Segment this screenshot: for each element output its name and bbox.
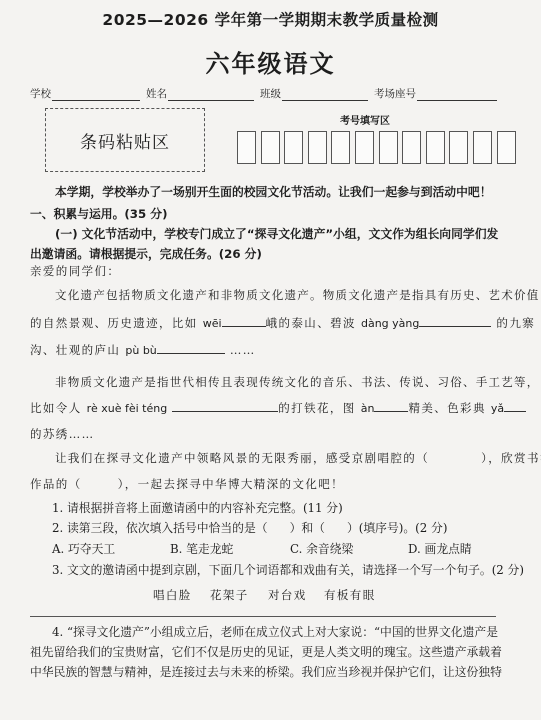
exam-title: 2025—2026 学年第一学期期末教学质量检测: [0, 8, 541, 30]
text: 峨的泰山、碧波: [266, 316, 356, 330]
exam-number-box[interactable]: [284, 131, 303, 164]
text: ）和（: [290, 521, 325, 535]
barcode-label: 条码粘贴区: [80, 128, 170, 153]
text: 让我们在探寻文化遗产中领略风景的无限秀丽，感受京剧唱腔的（: [55, 451, 429, 465]
option-d: D. 画龙点睛: [408, 540, 472, 557]
part-1-instruction-line2: 出邀请函。请根据提示，完成任务。(26 分): [30, 245, 262, 262]
school-label: 学校: [30, 86, 51, 101]
exam-number-box[interactable]: [308, 131, 327, 164]
letter-para1-line1: 文化遗产包括物质文化遗产和非物质文化遗产。物质文化遗产是指具有历史、艺术价值: [55, 287, 540, 303]
word-2: 花架子: [210, 587, 268, 603]
option-b: B. 笔走龙蛇: [170, 540, 290, 557]
student-info-row: 学校 姓名 班级 考场座号: [30, 86, 502, 101]
letter-para1-line2: 的自然景观、历史遗迹，比如 wēi峨的泰山、碧波 dàng yàng 的九寨: [30, 314, 535, 331]
text: ……: [230, 343, 256, 357]
exam-number-box[interactable]: [497, 131, 516, 164]
question-2-options: A. 巧夺天工 B. 笔走龙蛇 C. 余音绕梁 D. 画龙点睛: [52, 540, 502, 557]
blank-ya[interactable]: [504, 399, 526, 412]
exam-number-box[interactable]: [379, 131, 398, 164]
seat-field[interactable]: [417, 89, 497, 101]
pinyin-an: àn: [361, 402, 375, 415]
letter-para3-line2: 作品的（），一起去探寻中华博大精深的文化吧！: [30, 476, 344, 492]
class-label: 班级: [260, 86, 281, 101]
blank-rexuefeiteng[interactable]: [172, 399, 278, 412]
question-4-line3: 中华民族的智慧与精神，是连接过去与未来的桥梁。我们应当珍视并保护它们，让这份独特: [30, 663, 502, 680]
letter-para2-line3: 的苏绣……: [30, 426, 95, 442]
exam-number-box[interactable]: [331, 131, 350, 164]
text: 的自然景观、历史遗迹，比如: [30, 316, 198, 330]
letter-para3-line1: 让我们在探寻文化遗产中领略风景的无限秀丽，感受京剧唱腔的（），欣赏书法: [55, 450, 541, 466]
blank-wei[interactable]: [222, 314, 266, 327]
exam-number-box[interactable]: [473, 131, 492, 164]
pinyin-wei: wēi: [203, 317, 222, 330]
text: 作品的（: [30, 477, 82, 491]
name-field[interactable]: [168, 89, 254, 101]
question-3-answer-line[interactable]: [30, 616, 496, 617]
word-1: 唱白脸: [153, 587, 210, 603]
pinyin-pubu: pù bù: [125, 344, 156, 357]
question-2: 2. 读第三段，依次填入括号中恰当的是（）和（）(填序号)。(2 分): [52, 519, 447, 536]
text: 比如令人: [30, 401, 82, 415]
pinyin-ya: yǎ: [491, 402, 504, 415]
question-4-line2: 祖先留给我们的宝贵财富，它们不仅是历史的见证，更是人类文明的瑰宝。这些遗产承载着: [30, 643, 502, 660]
word-4: 有板有眼: [324, 587, 376, 603]
exam-number-box[interactable]: [402, 131, 421, 164]
letter-para2-line1: 非物质文化遗产是指世代相传且表现传统文化的音乐、书法、传说、习俗、手工艺等，: [55, 374, 540, 390]
exam-number-box[interactable]: [261, 131, 280, 164]
exam-number-box[interactable]: [426, 131, 445, 164]
barcode-area: 条码粘贴区: [45, 108, 205, 172]
option-a: A. 巧夺天工: [52, 540, 170, 557]
part-1-instruction-line1: (一) 文化节活动中，学校专门成立了“探寻文化遗产”小组，文文作为组长向同学们发: [55, 225, 498, 242]
letter-para1-line3: 沟、壮观的庐山 pù bù ……: [30, 341, 256, 358]
text: ），欣赏书法: [481, 451, 541, 465]
text: 精美、色彩典: [408, 401, 485, 415]
blank-pubu[interactable]: [157, 341, 225, 354]
exam-number-box[interactable]: [237, 131, 256, 164]
pinyin-dangyang: dàng yàng: [361, 317, 419, 330]
class-field[interactable]: [282, 89, 368, 101]
exam-number-label: 考号填写区: [225, 112, 505, 127]
name-label: 姓名: [146, 86, 167, 101]
text: 2. 读第三段，依次填入括号中恰当的是（: [52, 521, 268, 535]
section-1-title: 一、积累与运用。(35 分): [30, 205, 167, 222]
exam-number-box[interactable]: [355, 131, 374, 164]
text: ），一起去探寻中华博大精深的文化吧！: [118, 477, 344, 491]
word-3: 对台戏: [268, 587, 324, 603]
exam-number-boxes: [237, 131, 516, 164]
exam-page: 2025—2026 学年第一学期期末教学质量检测 六年级语文 学校 姓名 班级 …: [0, 0, 541, 720]
letter-para2-line2: 比如令人 rè xuè fèi téng 的打铁花，图 àn精美、色彩典 yǎ: [30, 399, 526, 416]
question-3: 3. 文文的邀请函中提到京剧，下面几个词语都和戏曲有关，请选择一个写一个句子。(…: [52, 561, 524, 578]
seat-label: 考场座号: [374, 86, 416, 101]
letter-greeting: 亲爱的同学们：: [30, 263, 120, 279]
pinyin-rexuefeiteng: rè xuè fèi téng: [87, 402, 168, 415]
text: ）(填序号)。(2 分): [347, 521, 447, 535]
school-field[interactable]: [52, 89, 140, 101]
exam-number-box[interactable]: [449, 131, 468, 164]
question-1: 1. 请根据拼音将上面邀请函中的内容补充完整。(11 分): [52, 499, 343, 516]
question-3-words: 唱白脸 花架子 对台戏 有板有眼: [153, 587, 376, 603]
text: 沟、壮观的庐山: [30, 343, 120, 357]
subject-title: 六年级语文: [0, 44, 541, 79]
text: 的打铁花，图: [278, 401, 355, 415]
blank-an[interactable]: [374, 399, 408, 412]
blank-dangyang[interactable]: [419, 314, 491, 327]
text: 的九寨: [496, 316, 535, 330]
intro-text: 本学期，学校举办了一场别开生面的校园文化节活动。让我们一起参与到活动中吧！: [55, 183, 492, 200]
question-4-line1: 4. “探寻文化遗产”小组成立后，老师在成立仪式上对大家说：“中国的世界文化遗产…: [52, 623, 498, 640]
option-c: C. 余音绕梁: [290, 540, 408, 557]
